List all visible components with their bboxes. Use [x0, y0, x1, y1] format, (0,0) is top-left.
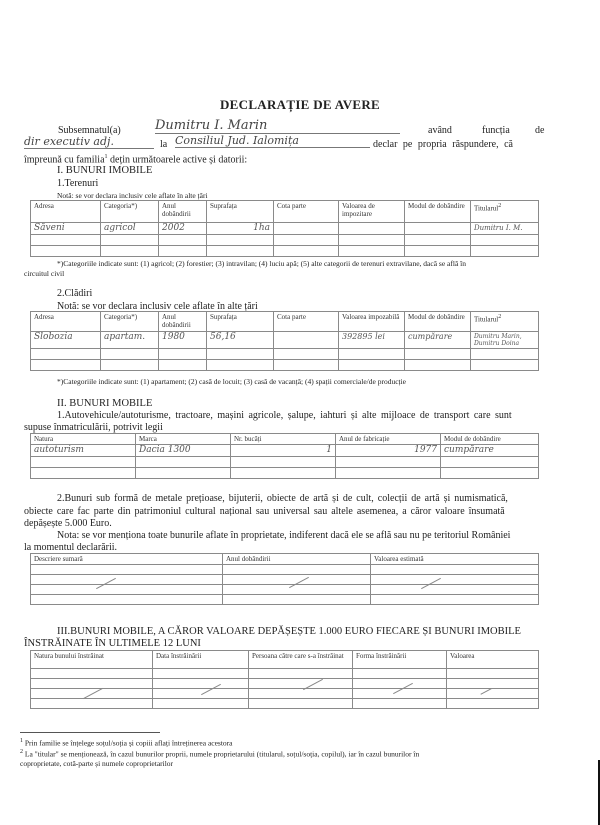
table-cell[interactable]: Dacia 1300 [136, 445, 231, 457]
table-cell[interactable] [371, 565, 539, 575]
table-header-row: Descriere sumară Anul dobândirii Valoare… [31, 554, 539, 565]
table-cell[interactable] [274, 246, 339, 257]
table-header-row: Adresa Categoria*) Anul dobândirii Supra… [31, 312, 539, 332]
table-cell[interactable] [223, 565, 371, 575]
table-cell[interactable] [336, 457, 441, 468]
col-header: Titularul2 [471, 201, 539, 223]
table-cell[interactable] [471, 349, 539, 360]
col-header: Valoarea estimată [371, 554, 539, 565]
col-header: Modul de dobândire [405, 312, 471, 332]
table-cell[interactable] [159, 235, 207, 246]
table-row [31, 699, 539, 709]
col-header: Marca [136, 434, 231, 445]
valuables-intro-2: obiecte care fac parte din patrimoniul c… [24, 506, 505, 518]
table-row: Săveni agricol 2002 1ha Dumitru I. M. [31, 223, 539, 235]
table-cell[interactable] [353, 669, 447, 679]
table-cell[interactable] [207, 235, 274, 246]
col-header: Nr. bucăți [231, 434, 336, 445]
col-header: Natura bunului înstrăinat [31, 651, 153, 669]
col-header: Anul dobândirii [223, 554, 371, 565]
col-header: Suprafața [207, 201, 274, 223]
vehicles-intro-1: 1.Autovehicule/autoturisme, tractoare, m… [57, 410, 512, 422]
table-cell[interactable] [31, 595, 223, 605]
table-cell[interactable]: cumpărare [405, 332, 471, 349]
col-header: Cota parte [274, 201, 339, 223]
table-cell[interactable]: 1ha [207, 223, 274, 235]
col-header: Cota parte [274, 312, 339, 332]
cladiri-heading: 2.Clădiri [57, 288, 92, 300]
col-header: Anul dobândirii [159, 312, 207, 332]
table-cell[interactable] [31, 349, 101, 360]
functia-label: funcția [482, 125, 510, 137]
col-header: Persoana către care s-a înstrăinat [249, 651, 353, 669]
section-1-heading: I. BUNURI IMOBILE [57, 165, 152, 177]
table-cell[interactable] [471, 246, 539, 257]
table-cell[interactable]: 2002 [159, 223, 207, 235]
valuables-intro-3: depășește 5.000 Euro. [24, 518, 112, 530]
terenuri-note: Notă: se vor declara inclusiv cele aflat… [57, 191, 208, 200]
col-header: Descriere sumară [31, 554, 223, 565]
table-cell[interactable] [31, 468, 136, 479]
terenuri-heading: 1.Terenuri [57, 178, 98, 190]
col-header: Adresa [31, 201, 101, 223]
table-cell[interactable] [207, 349, 274, 360]
footnote-2: 2 La "titular" se menționează, în cazul … [20, 748, 419, 759]
table-cell[interactable] [31, 679, 153, 689]
table-cell[interactable] [223, 585, 371, 595]
table-cell[interactable]: Săveni [31, 223, 101, 235]
table-cell[interactable] [441, 457, 539, 468]
table-cell[interactable] [274, 332, 339, 349]
table-cell[interactable] [274, 360, 339, 371]
document-title: DECLARAȚIE DE AVERE [0, 97, 600, 113]
table-row [31, 595, 539, 605]
table-cell[interactable] [339, 360, 405, 371]
institution-field[interactable]: Consiliul Jud. Ialomița [175, 134, 370, 148]
table-cell[interactable]: Slobozia [31, 332, 101, 349]
table-cell[interactable] [231, 457, 336, 468]
vehicles-table: Natura Marca Nr. bucăți Anul de fabricaț… [30, 433, 539, 479]
avand-label: având [428, 125, 452, 137]
footnote-ref-2: 2 [498, 203, 501, 209]
table-cell[interactable] [153, 699, 249, 709]
table-row [31, 689, 539, 699]
table-row: Slobozia apartam. 1980 56,16 392895 lei … [31, 332, 539, 349]
section-2-heading: II. BUNURI MOBILE [57, 398, 152, 410]
table-cell[interactable] [159, 349, 207, 360]
la-label: la [160, 139, 167, 151]
table-cell[interactable] [447, 679, 539, 689]
table-cell[interactable] [339, 223, 405, 235]
table-cell[interactable] [136, 457, 231, 468]
col-header: Categoria*) [101, 201, 159, 223]
col-header: Valoarea [447, 651, 539, 669]
table-cell[interactable]: 1977 [336, 445, 441, 457]
table-cell[interactable] [405, 223, 471, 235]
table-cell[interactable] [101, 349, 159, 360]
table-cell[interactable] [159, 360, 207, 371]
table-cell[interactable]: autoturism [31, 445, 136, 457]
table-cell[interactable]: cumpărare [441, 445, 539, 457]
table-cell[interactable]: 56,16 [207, 332, 274, 349]
terenuri-footnote: *)Categoriile indicate sunt: (1) agricol… [57, 259, 466, 268]
col-header: Valoarea impozabilă [339, 312, 405, 332]
declarant-name-field[interactable]: Dumitru I. Marin [155, 118, 400, 134]
active-datorii-text: dețin următoarele active și datorii: [108, 154, 248, 165]
footnote-2-cont: coproprietate, cotă-parte și numele copr… [20, 759, 173, 768]
table-cell[interactable] [339, 246, 405, 257]
declar-text: declar pe propria răspundere, că [373, 139, 513, 151]
valuables-note-1: Nota: se vor menționa toate bunurile afl… [57, 530, 510, 542]
table-cell[interactable] [153, 669, 249, 679]
table-row [31, 246, 539, 257]
table-row [31, 360, 539, 371]
table-cell[interactable] [353, 679, 447, 689]
footnote-ref-2: 2 [498, 314, 501, 320]
table-cell[interactable]: apartam. [101, 332, 159, 349]
table-cell[interactable] [339, 349, 405, 360]
section-3-heading-1: III.BUNURI MOBILE, A CĂROR VALOARE DEPĂȘ… [57, 626, 521, 638]
table-cell[interactable] [371, 595, 539, 605]
valuables-intro-1: 2.Bunuri sub formă de metale prețioase, … [57, 493, 508, 505]
table-cell[interactable] [249, 679, 353, 689]
table-cell[interactable] [31, 457, 136, 468]
table-cell[interactable] [101, 360, 159, 371]
terenuri-table: Adresa Categoria*) Anul dobândirii Supra… [30, 200, 539, 257]
terenuri-footnote-cont: circuitul civil [24, 269, 64, 278]
table-cell[interactable] [371, 585, 539, 595]
footnote-divider [20, 732, 160, 733]
col-header: Data înstrăinării [153, 651, 249, 669]
table-cell[interactable] [31, 575, 223, 585]
cladiri-footnote: *)Categoriile indicate sunt: (1) apartam… [57, 377, 406, 386]
table-header-row: Adresa Categoria*) Anul dobândirii Supra… [31, 201, 539, 223]
table-cell[interactable] [159, 246, 207, 257]
table-cell[interactable] [274, 349, 339, 360]
familia-text: împreună cu familia [24, 154, 105, 165]
table-cell[interactable] [405, 235, 471, 246]
function-field[interactable]: dir executiv adj. [24, 135, 154, 149]
table-header-row: Natura bunului înstrăinat Data înstrăină… [31, 651, 539, 669]
table-cell[interactable]: Dumitru I. M. [471, 223, 539, 235]
table-row [31, 349, 539, 360]
table-cell[interactable] [31, 669, 153, 679]
table-cell[interactable] [31, 246, 101, 257]
table-cell[interactable]: agricol [101, 223, 159, 235]
valuables-table: Descriere sumară Anul dobândirii Valoare… [30, 553, 539, 605]
col-header: Natura [31, 434, 136, 445]
de-label: de [535, 125, 544, 137]
col-header: Suprafața [207, 312, 274, 332]
col-header: Valoarea de impozitare [339, 201, 405, 223]
table-cell[interactable] [31, 360, 101, 371]
table-cell[interactable] [249, 699, 353, 709]
table-cell[interactable] [31, 585, 223, 595]
table-cell[interactable] [207, 360, 274, 371]
table-cell[interactable] [447, 689, 539, 699]
col-header: Modul de dobândire [405, 201, 471, 223]
section-3-heading-2: ÎNSTRĂINATE ÎN ULTIMELE 12 LUNI [24, 638, 201, 650]
alienated-table: Natura bunului înstrăinat Data înstrăină… [30, 650, 539, 709]
table-cell[interactable] [353, 699, 447, 709]
table-cell[interactable] [207, 246, 274, 257]
cladiri-table: Adresa Categoria*) Anul dobândirii Supra… [30, 311, 539, 371]
table-cell[interactable] [405, 349, 471, 360]
table-row [31, 468, 539, 479]
table-row [31, 669, 539, 679]
table-cell[interactable] [371, 575, 539, 585]
col-header: Titularul2 [471, 312, 539, 332]
footnote-1: 1 Prin familie se înțelege soțul/soția ș… [20, 737, 233, 748]
col-header: Anul de fabricație [336, 434, 441, 445]
footnote-number: 2 [20, 749, 23, 755]
table-cell[interactable] [471, 235, 539, 246]
col-header: Modul de dobândire [441, 434, 539, 445]
footnote-text: La "titular" se menționează, în cazul bu… [25, 750, 419, 759]
table-row [31, 679, 539, 689]
footnote-text: Prin familie se înțelege soțul/soția și … [25, 739, 233, 748]
table-cell[interactable] [153, 679, 249, 689]
table-cell[interactable] [447, 669, 539, 679]
table-cell[interactable] [336, 468, 441, 479]
table-row: autoturism Dacia 1300 1 1977 cumpărare [31, 445, 539, 457]
table-cell[interactable] [31, 565, 223, 575]
table-cell[interactable] [231, 468, 336, 479]
footnote-number: 1 [20, 738, 23, 744]
col-header: Anul dobândirii [159, 201, 207, 223]
table-cell[interactable] [31, 235, 101, 246]
table-cell[interactable] [471, 360, 539, 371]
table-cell[interactable] [223, 595, 371, 605]
table-cell[interactable] [405, 246, 471, 257]
table-header-row: Natura Marca Nr. bucăți Anul de fabricaț… [31, 434, 539, 445]
table-row [31, 235, 539, 246]
table-row [31, 585, 539, 595]
table-cell[interactable] [339, 235, 405, 246]
table-cell[interactable] [405, 360, 471, 371]
table-cell[interactable] [441, 468, 539, 479]
table-row [31, 565, 539, 575]
table-cell[interactable] [249, 669, 353, 679]
table-cell[interactable] [31, 699, 153, 709]
table-cell[interactable]: 1 [231, 445, 336, 457]
table-cell[interactable]: 392895 lei [339, 332, 405, 349]
table-cell[interactable]: Dumitru Marin, Dumitru Doina [471, 332, 539, 349]
table-cell[interactable] [249, 689, 353, 699]
col-header: Categoria*) [101, 312, 159, 332]
table-cell[interactable]: 1980 [159, 332, 207, 349]
col-header: Adresa [31, 312, 101, 332]
table-cell[interactable] [101, 235, 159, 246]
table-cell[interactable] [136, 468, 231, 479]
table-cell[interactable] [101, 246, 159, 257]
titular-label: Titularul [474, 315, 498, 323]
table-cell[interactable] [274, 223, 339, 235]
table-cell[interactable] [274, 235, 339, 246]
col-header: Forma înstrăinării [353, 651, 447, 669]
table-row [31, 457, 539, 468]
table-cell[interactable] [447, 699, 539, 709]
titular-label: Titularul [474, 204, 498, 212]
